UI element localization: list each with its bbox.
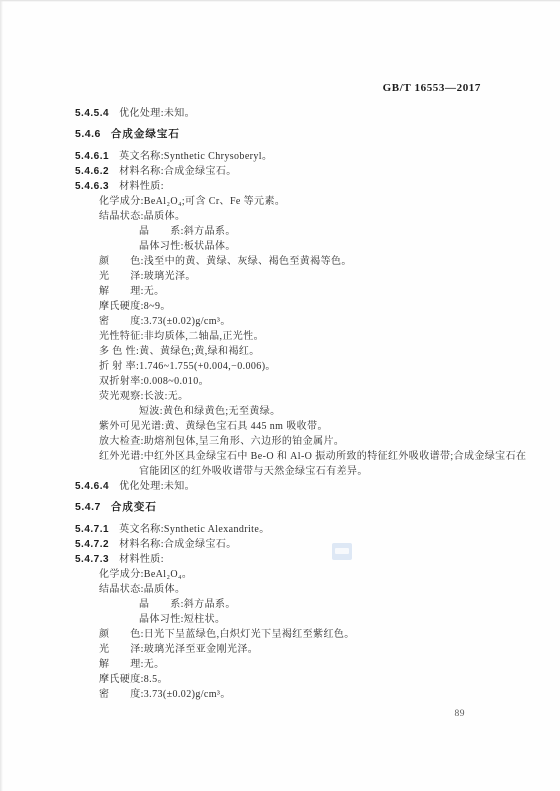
- clause-number: 5.4.6.2: [75, 166, 109, 177]
- property-line: 密 度:3.73(±0.02)g/cm³。: [0, 314, 560, 329]
- subproperty-line: 晶 系:斜方晶系。: [0, 597, 560, 612]
- property-line: 解 理:无。: [0, 284, 560, 299]
- property-line: 结晶状态:晶质体。: [0, 582, 560, 597]
- line-text: 材料名称:合成金绿宝石。: [119, 166, 237, 177]
- property-line: 化学成分:BeAl₂O₄。: [0, 567, 560, 582]
- property-line: 化学成分:BeAl₂O₄;可含 Cr、Fe 等元素。: [0, 194, 560, 209]
- line-text: 解 理:无。: [99, 286, 165, 297]
- line-text: 合成金绿宝石: [111, 128, 180, 140]
- line-text: 密 度:3.73(±0.02)g/cm³。: [99, 689, 231, 700]
- watermark-badge: [332, 543, 352, 560]
- property-line: 折 射 率:1.746~1.755(+0.004,−0.006)。: [0, 359, 560, 374]
- clause-number: 5.4.6.1: [75, 151, 109, 162]
- line-text: 多 色 性:黄、黄绿色;黄,绿和褐红。: [99, 346, 260, 357]
- property-line: 红外光谱:中红外区具金绿宝石中 Be-O 和 Al-O 振动所致的特征红外吸收谱…: [0, 449, 560, 464]
- clause-line: 5.4.6.2材料名称:合成金绿宝石。: [0, 164, 560, 179]
- clause-line: 5.4.7.2材料名称:合成金绿宝石。: [0, 537, 560, 552]
- property-line: 摩氏硬度:8.5。: [0, 672, 560, 687]
- property-line: 多 色 性:黄、黄绿色;黄,绿和褐红。: [0, 344, 560, 359]
- standard-code: GB/T 16553—2017: [383, 82, 481, 94]
- line-text: 解 理:无。: [99, 659, 165, 670]
- subproperty-line: 晶体习性:短柱状。: [0, 612, 560, 627]
- subproperty-line: 短波:黄色和绿黄色;无至黄绿。: [0, 404, 560, 419]
- line-text: 英文名称:Synthetic Alexandrite。: [119, 524, 270, 535]
- clause-number: 5.4.6.3: [75, 181, 109, 192]
- subproperty-line: 官能团区的红外吸收谱带与天然金绿宝石有差异。: [0, 464, 560, 479]
- subproperty-line: 晶体习性:板状晶体。: [0, 239, 560, 254]
- line-text: 化学成分:BeAl₂O₄;可含 Cr、Fe 等元素。: [99, 196, 285, 207]
- property-line: 双折射率:0.008~0.010。: [0, 374, 560, 389]
- line-text: 晶 系:斜方晶系。: [139, 226, 236, 237]
- clause-number: 5.4.7.3: [75, 554, 109, 565]
- line-text: 密 度:3.73(±0.02)g/cm³。: [99, 316, 231, 327]
- line-text: 材料性质:: [119, 181, 164, 192]
- clause-line: 5.4.6.1英文名称:Synthetic Chrysoberyl。: [0, 149, 560, 164]
- line-text: 材料性质:: [119, 554, 164, 565]
- property-line: 解 理:无。: [0, 657, 560, 672]
- line-text: 光 泽:玻璃光泽至亚金刚光泽。: [99, 644, 258, 655]
- line-text: 光性特征:非均质体,二轴晶,正光性。: [99, 331, 264, 342]
- property-line: 光 泽:玻璃光泽至亚金刚光泽。: [0, 642, 560, 657]
- clause-content: 5.4.5.4优化处理:未知。5.4.6合成金绿宝石5.4.6.1英文名称:Sy…: [0, 106, 560, 702]
- line-text: 优化处理:未知。: [119, 108, 195, 119]
- line-text: 优化处理:未知。: [119, 481, 195, 492]
- line-text: 晶 系:斜方晶系。: [139, 599, 236, 610]
- line-text: 荧光观察:长波:无。: [99, 391, 189, 402]
- line-text: 短波:黄色和绿黄色;无至黄绿。: [139, 406, 281, 417]
- clause-heading: 5.4.7合成变石: [0, 500, 560, 515]
- line-text: 英文名称:Synthetic Chrysoberyl。: [119, 151, 272, 162]
- clause-line: 5.4.5.4优化处理:未知。: [0, 106, 560, 121]
- line-text: 紫外可见光谱:黄、黄绿色宝石具 445 nm 吸收带。: [99, 421, 328, 432]
- line-text: 合成变石: [111, 501, 157, 513]
- line-text: 摩氏硬度:8~9。: [99, 301, 171, 312]
- property-line: 摩氏硬度:8~9。: [0, 299, 560, 314]
- line-text: 化学成分:BeAl₂O₄。: [99, 569, 192, 580]
- property-line: 颜 色:浅至中的黄、黄绿、灰绿、褐色至黄褐等色。: [0, 254, 560, 269]
- scan-edge-top: [0, 0, 560, 2]
- property-line: 结晶状态:晶质体。: [0, 209, 560, 224]
- clause-number: 5.4.7: [75, 501, 101, 513]
- property-line: 荧光观察:长波:无。: [0, 389, 560, 404]
- clause-number: 5.4.5.4: [75, 108, 109, 119]
- line-text: 摩氏硬度:8.5。: [99, 674, 168, 685]
- line-text: 颜 色:日光下呈蓝绿色,白炽灯光下呈褐红至紫红色。: [99, 629, 355, 640]
- page-number: 89: [455, 709, 466, 719]
- property-line: 放大检查:助熔剂包体,呈三角形、六边形的铂金属片。: [0, 434, 560, 449]
- property-line: 密 度:3.73(±0.02)g/cm³。: [0, 687, 560, 702]
- line-text: 放大检查:助熔剂包体,呈三角形、六边形的铂金属片。: [99, 436, 344, 447]
- subproperty-line: 晶 系:斜方晶系。: [0, 224, 560, 239]
- line-text: 官能团区的红外吸收谱带与天然金绿宝石有差异。: [139, 466, 368, 477]
- clause-number: 5.4.6: [75, 128, 101, 140]
- line-text: 晶体习性:板状晶体。: [139, 241, 236, 252]
- property-line: 紫外可见光谱:黄、黄绿色宝石具 445 nm 吸收带。: [0, 419, 560, 434]
- line-text: 颜 色:浅至中的黄、黄绿、灰绿、褐色至黄褐等色。: [99, 256, 352, 267]
- clause-line: 5.4.7.3材料性质:: [0, 552, 560, 567]
- line-text: 折 射 率:1.746~1.755(+0.004,−0.006)。: [99, 361, 276, 372]
- line-text: 晶体习性:短柱状。: [139, 614, 225, 625]
- property-line: 颜 色:日光下呈蓝绿色,白炽灯光下呈褐红至紫红色。: [0, 627, 560, 642]
- clause-number: 5.4.7.1: [75, 524, 109, 535]
- clause-line: 5.4.7.1英文名称:Synthetic Alexandrite。: [0, 522, 560, 537]
- document-page: GB/T 16553—2017 5.4.5.4优化处理:未知。5.4.6合成金绿…: [0, 0, 560, 791]
- line-text: 结晶状态:晶质体。: [99, 584, 185, 595]
- clause-number: 5.4.6.4: [75, 481, 109, 492]
- clause-number: 5.4.7.2: [75, 539, 109, 550]
- line-text: 双折射率:0.008~0.010。: [99, 376, 209, 387]
- clause-line: 5.4.6.3材料性质:: [0, 179, 560, 194]
- line-text: 光 泽:玻璃光泽。: [99, 271, 196, 282]
- line-text: 红外光谱:中红外区具金绿宝石中 Be-O 和 Al-O 振动所致的特征红外吸收谱…: [99, 451, 526, 462]
- line-text: 结晶状态:晶质体。: [99, 211, 185, 222]
- property-line: 光 泽:玻璃光泽。: [0, 269, 560, 284]
- clause-line: 5.4.6.4优化处理:未知。: [0, 479, 560, 494]
- clause-heading: 5.4.6合成金绿宝石: [0, 127, 560, 142]
- line-text: 材料名称:合成金绿宝石。: [119, 539, 237, 550]
- property-line: 光性特征:非均质体,二轴晶,正光性。: [0, 329, 560, 344]
